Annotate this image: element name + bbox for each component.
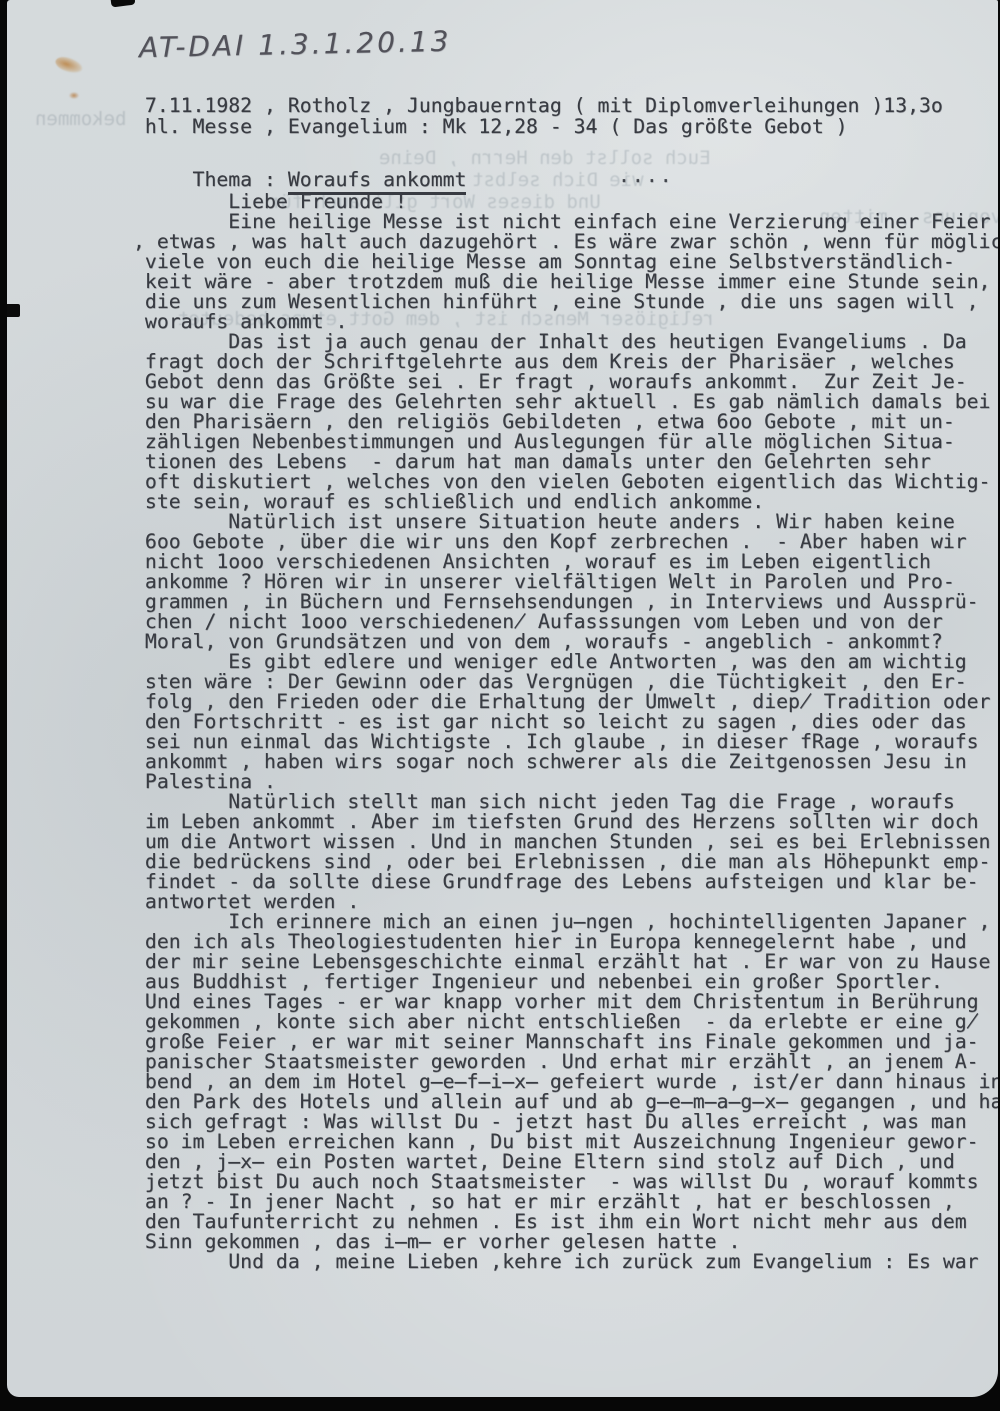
text-line: zähligen Nebenbestimmungen und Auslegung… bbox=[133, 432, 998, 452]
text-line: 6oo Gebote , über die wir uns den Kopf z… bbox=[133, 532, 998, 552]
text-line: jetzt bist Du auch noch Staatsmeister - … bbox=[133, 1172, 998, 1192]
text-line: findet - da sollte diese Grundfrage des … bbox=[133, 872, 998, 892]
text-line: nicht 1ooo verschiedenen Ansichten , wor… bbox=[133, 552, 998, 572]
ellipsis-dots: .... bbox=[618, 164, 674, 187]
text-line: viele von euch die heilige Messe am Sonn… bbox=[133, 252, 998, 272]
text-line: Natürlich ist unsere Situation heute and… bbox=[133, 512, 998, 532]
archive-code-handwritten: AT-DAI 1.3.1.20.13 bbox=[139, 25, 452, 65]
text-line: die uns zum Wesentlichen hinführt , eine… bbox=[133, 292, 998, 312]
text-line: den Pharisäern , den religiös Gebildeten… bbox=[133, 412, 998, 432]
text-line: folg , den Frieden oder die Erhaltung de… bbox=[133, 692, 998, 712]
text-line: bend , an dem im Hotel g̶e̶f̶i̶x̶ gefeie… bbox=[133, 1072, 998, 1092]
text-line: Und eines Tages - er war knapp vorher mi… bbox=[133, 992, 998, 1012]
bleedthrough-text: bekommen bbox=[35, 108, 127, 130]
text-line: Moral, von Grundsätzen und von dem , wor… bbox=[133, 632, 998, 652]
scan-artifact-notch bbox=[111, 0, 136, 7]
paper-stain bbox=[69, 92, 79, 99]
text-line: ankomme ? Hören wir in unserer vielfälti… bbox=[133, 572, 998, 592]
text-line: ste sein, worauf es schließlich und endl… bbox=[133, 492, 998, 512]
text-line: panischer Staatsmeister geworden . Und e… bbox=[133, 1052, 998, 1072]
text-line: im Leben ankommt . Aber im tiefsten Grun… bbox=[133, 812, 998, 832]
header-line-mass-gospel: hl. Messe , Evangelium : Mk 12,28 - 34 (… bbox=[133, 117, 848, 137]
text-line: Gebot denn das Größte sei . Er fragt , w… bbox=[133, 372, 998, 392]
text-line: Liebe Freunde ! bbox=[133, 192, 998, 212]
text-line: Und da , meine Lieben ,kehre ich zurück … bbox=[133, 1252, 998, 1272]
text-line: große Feier , er war mit seiner Mannscha… bbox=[133, 1032, 998, 1052]
paper-sheet: bekommenEuch sollst den Herrn , Deinewie… bbox=[7, 0, 998, 1397]
text-line: oft diskutiert , welches von den vielen … bbox=[133, 472, 998, 492]
text-line: ankommt , haben wirs sogar noch schwerer… bbox=[133, 752, 998, 772]
text-line: den ich als Theologiestudenten hier in E… bbox=[133, 932, 998, 952]
text-line: Palestina . bbox=[133, 772, 998, 792]
text-line: gekommen , konte sich aber nicht entschl… bbox=[133, 1012, 998, 1032]
paper-stain bbox=[54, 54, 85, 76]
text-line: um die Antwort wissen . Und in manchen S… bbox=[133, 832, 998, 852]
text-line: Sinn gekommen , das i̶m̶ er vorher geles… bbox=[133, 1232, 998, 1252]
text-line: fragt doch der Schriftgelehrte aus dem K… bbox=[133, 352, 998, 372]
text-line: woraufs ankommt . bbox=[133, 312, 998, 332]
text-line: der mir seine Lebensgeschichte einmal er… bbox=[133, 952, 998, 972]
header-line-date-place: 7.11.1982 , Rotholz , Jungbauerntag ( mi… bbox=[133, 96, 943, 116]
text-line: , etwas , was halt auch dazugehört . Es … bbox=[133, 232, 998, 252]
text-line: Eine heilige Messe ist nicht einfach ein… bbox=[133, 212, 998, 232]
text-line: so im Leben erreichen kann , Du bist mit… bbox=[133, 1132, 998, 1152]
sermon-body: Liebe Freunde ! Eine heilige Messe ist n… bbox=[133, 192, 998, 1272]
text-line: die bedrückens sind , oder bei Erlebniss… bbox=[133, 852, 998, 872]
text-line: Das ist ja auch genau der Inhalt des heu… bbox=[133, 332, 998, 352]
text-line: an ? - In jener Nacht , so hat er mir er… bbox=[133, 1192, 998, 1212]
text-line: sten wäre : Der Gewinn oder das Vergnüge… bbox=[133, 672, 998, 692]
text-line: Ich erinnere mich an einen ju̶ngen , hoc… bbox=[133, 912, 998, 932]
text-line: Natürlich stellt man sich nicht jeden Ta… bbox=[133, 792, 998, 812]
thema-label: Thema : bbox=[181, 168, 288, 191]
text-line: keit wäre - aber trotzdem muß die heilig… bbox=[133, 272, 998, 292]
text-line: grammen , in Büchern und Fernsehsendunge… bbox=[133, 592, 998, 612]
text-line: sich gefragt : Was willst Du - jetzt has… bbox=[133, 1112, 998, 1132]
scan-artifact-dash bbox=[7, 304, 20, 317]
text-line: Es gibt edlere und weniger edle Antworte… bbox=[133, 652, 998, 672]
text-line: den Fortschritt - es ist gar nicht so le… bbox=[133, 712, 998, 732]
text-line: den Taufunterricht zu nehmen . Es ist ih… bbox=[133, 1212, 998, 1232]
text-line: sei nun einmal das Wichtigste . Ich glau… bbox=[133, 732, 998, 752]
text-line: chen / nicht 1ooo verschiedenen̸ Aufasss… bbox=[133, 612, 998, 632]
text-line: su war die Frage des Gelehrten sehr aktu… bbox=[133, 392, 998, 412]
text-line: aus Buddhist , fertiger Ingenieur und ne… bbox=[133, 972, 998, 992]
text-line: antwortet werden . bbox=[133, 892, 998, 912]
text-line: den , j̶x̶ ein Posten wartet, Deine Elte… bbox=[133, 1152, 998, 1172]
text-line: den Park des Hotels und allein auf und a… bbox=[133, 1092, 998, 1112]
text-line: tionen des Lebens - darum hat man damals… bbox=[133, 452, 998, 472]
